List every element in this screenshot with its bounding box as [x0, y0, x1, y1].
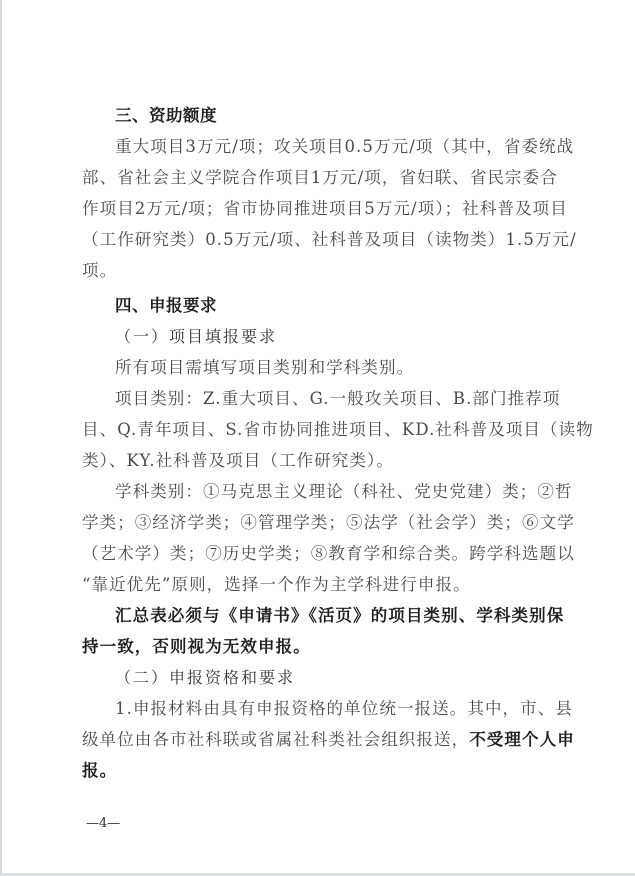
- subsection-heading-filling: （一）项目填报要求: [82, 321, 560, 352]
- paragraph-line: 类）、KY.社科普及项目（工作研究类）。: [82, 445, 560, 476]
- paragraph-line: 1.申报材料由具有申报资格的单位统一报送。其中，市、县: [82, 693, 560, 724]
- paragraph-line: 学类；③经济学类；④管理学类；⑤法学（社会学）类；⑥文学: [82, 507, 560, 538]
- paragraph-line: 项目类别：Z.重大项目、G.一般攻关项目、B.部门推荐项: [82, 383, 560, 414]
- document-page: 三、资助额度 重大项目3万元/项；攻关项目0.5万元/项（其中，省委统战 部、省…: [0, 0, 635, 876]
- emphasis-line: 报。: [82, 755, 560, 786]
- emphasis-line: 汇总表必须与《申请书》《活页》的项目类别、学科类别保: [82, 600, 560, 631]
- paragraph-line: 作项目2万元/项；省市协同推进项目5万元/项）；社科普及项目: [82, 193, 560, 224]
- emphasis-text: 不受理个人申: [469, 730, 575, 749]
- page-content: 三、资助额度 重大项目3万元/项；攻关项目0.5万元/项（其中，省委统战 部、省…: [82, 100, 560, 786]
- paragraph-line: 项。: [82, 255, 560, 286]
- emphasis-line: 持一致，否则视为无效申报。: [82, 631, 560, 662]
- subsection-heading-eligibility: （二）申报资格和要求: [82, 662, 560, 693]
- paragraph-line: “靠近优先”原则，选择一个作为主学科进行申报。: [82, 569, 560, 600]
- paragraph-line: 重大项目3万元/项；攻关项目0.5万元/项（其中，省委统战: [82, 131, 560, 162]
- paragraph-line: 目、Q.青年项目、S.省市协同推进项目、KD.社科普及项目（读物: [82, 414, 560, 445]
- paragraph-line: （工作研究类）0.5万元/项、社科普及项目（读物类）1.5万元/: [82, 224, 560, 255]
- normal-text: 级单位由各市社科联或省属社科类社会组织报送，: [82, 730, 469, 749]
- section-heading-funding: 三、资助额度: [82, 100, 560, 131]
- paragraph-line: 学科类别：①马克思主义理论（科社、党史党建）类；②哲: [82, 476, 560, 507]
- section-heading-requirements: 四、申报要求: [82, 290, 560, 321]
- paragraph-line: 级单位由各市社科联或省属社科类社会组织报送，不受理个人申: [82, 724, 560, 755]
- page-number: —4—: [86, 816, 120, 831]
- paragraph-line: 部、省社会主义学院合作项目1万元/项，省妇联、省民宗委合: [82, 162, 560, 193]
- paragraph-line: 所有项目需填写项目类别和学科类别。: [82, 352, 560, 383]
- paragraph-line: （艺术学）类；⑦历史学类；⑧教育学和综合类。跨学科选题以: [82, 538, 560, 569]
